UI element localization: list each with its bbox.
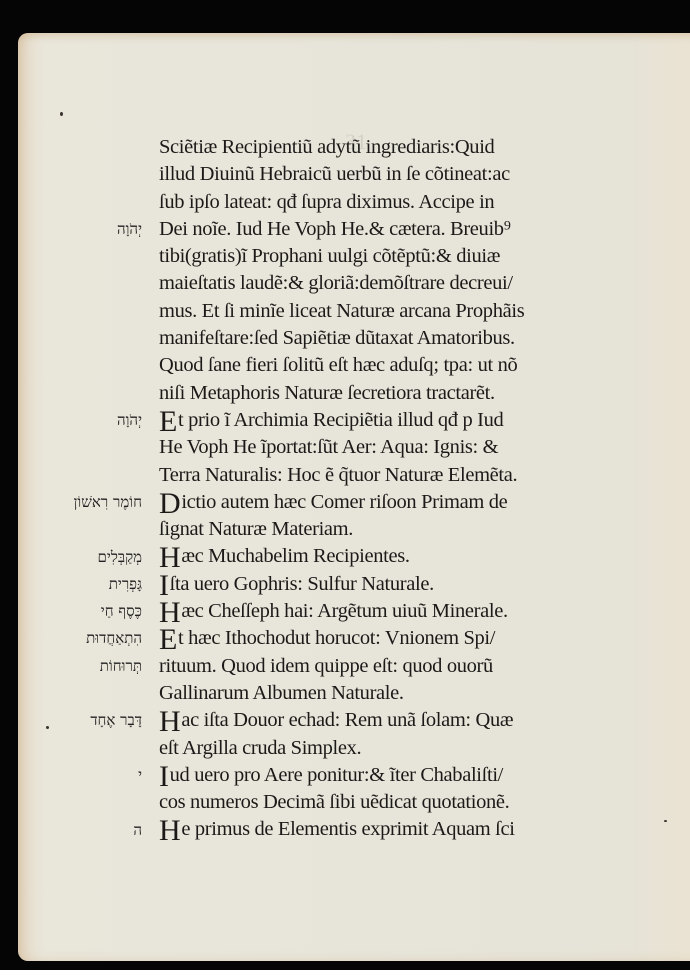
- text-line: niſi Metaphoris Naturæ ſecretiora tracta…: [159, 380, 579, 407]
- line-text: tibi(gratis)ĩ Prophani uulgi cõtẽptũ:& d…: [159, 245, 500, 267]
- line-text: Sciẽtiæ Recipientiũ adytũ ingrediaris:Qu…: [159, 136, 494, 158]
- text-line: ſub ipſo lateat: qđ ſupra diximus. Accip…: [159, 189, 579, 216]
- paper-speck: [664, 820, 667, 822]
- hebrew-gloss: ה: [32, 821, 142, 840]
- hebrew-gloss: תְּרוּחוֹת: [32, 657, 142, 676]
- hebrew-gloss: י: [32, 766, 142, 785]
- line-text: t hæc Ithochodut horucot: Vnionem Spi/: [178, 627, 495, 649]
- line-text: ictio autem hæc Comer riſoon Primam de: [181, 491, 507, 513]
- initial-letter: E: [159, 405, 177, 438]
- initial-letter: E: [159, 623, 177, 656]
- text-line: rituum. Quod idem quippe eſt: quod ouorũ: [159, 653, 579, 680]
- text-line: maieſtatis laudẽ:& gloriã:demõſtrare dec…: [159, 270, 579, 297]
- hebrew-gloss: הִתְאַחֲדוּת: [32, 629, 142, 648]
- line-text: t prio ĩ Archimia Recipiẽtia illud qđ p …: [178, 409, 503, 431]
- line-text: rituum. Quod idem quippe eſt: quod ouorũ: [159, 655, 493, 677]
- hebrew-gloss: גָּפְרִית: [32, 575, 142, 594]
- text-line: manifeſtare:ſed Sapiẽtiæ dũtaxat Amatori…: [159, 325, 579, 352]
- initial-letter: I: [159, 760, 169, 793]
- line-text: eſt Argilla cruda Simplex.: [159, 737, 361, 759]
- text-line: Quod ſane fieri ſolitũ eſt hæc aduſq; tp…: [159, 352, 579, 379]
- hebrew-gloss: מְקַבְּלִים: [32, 548, 142, 567]
- line-text: ſignat Naturæ Materiam.: [159, 518, 353, 540]
- hebrew-gloss: חוֹמֶר רִאשׁוֹן: [32, 493, 142, 512]
- initial-letter: H: [159, 814, 180, 847]
- line-text: Dei noĩe. Iud He Voph He.& cætera. Breui…: [159, 218, 511, 240]
- text-line: ſignat Naturæ Materiam.: [159, 516, 579, 543]
- line-text: Terra Naturalis: Hoc ẽ q̃tuor Naturæ Ele…: [159, 464, 517, 486]
- line-text: ſub ipſo lateat: qđ ſupra diximus. Accip…: [159, 191, 494, 213]
- text-line: mus. Et ſi minĩe liceat Naturæ arcana Pr…: [159, 298, 579, 325]
- text-line: He Voph He ĩportat:ſũt Aer: Aqua: Ignis:…: [159, 434, 579, 461]
- text-line: eſt Argilla cruda Simplex.: [159, 735, 579, 762]
- line-text: He Voph He ĩportat:ſũt Aer: Aqua: Ignis:…: [159, 436, 498, 458]
- line-text: æc Cheſſeph hai: Argẽtum uiuũ Minerale.: [181, 600, 507, 622]
- text-line: Et hæc Ithochodut horucot: Vnionem Spi/: [159, 625, 579, 652]
- line-text: cos numeros Decimã ſibi uẽdicat quotatio…: [159, 791, 509, 813]
- line-text: Gallinarum Albumen Naturale.: [159, 682, 404, 704]
- text-line: Terra Naturalis: Hoc ẽ q̃tuor Naturæ Ele…: [159, 462, 579, 489]
- hebrew-gloss: יְהֹוָה: [32, 220, 142, 239]
- line-text: ud uero pro Aere ponitur:& ĩter Chabaliſ…: [170, 764, 503, 786]
- paper-speck: [60, 112, 63, 116]
- line-text: illud Diuinũ Hebraicũ uerbũ in ſe cõtine…: [159, 163, 510, 185]
- text-line: cos numeros Decimã ſibi uẽdicat quotatio…: [159, 789, 579, 816]
- line-text: æc Muchabelim Recipientes.: [181, 545, 409, 567]
- hebrew-gloss: יְהֹוָה: [32, 411, 142, 430]
- text-line: illud Diuinũ Hebraicũ uerbũ in ſe cõtine…: [159, 161, 579, 188]
- hebrew-gloss: כֶּסֶף חַי: [32, 602, 142, 621]
- text-line: Sciẽtiæ Recipientiũ adytũ ingrediaris:Qu…: [159, 134, 579, 161]
- text-line: Iſta uero Gophris: Sulfur Naturale.: [159, 571, 579, 598]
- initial-letter: H: [159, 705, 180, 738]
- line-text: e primus de Elementis exprimit Aquam ſci: [181, 818, 514, 840]
- text-line: Et prio ĩ Archimia Recipiẽtia illud qđ p…: [159, 407, 579, 434]
- text-line: He primus de Elementis exprimit Aquam ſc…: [159, 816, 579, 843]
- line-text: manifeſtare:ſed Sapiẽtiæ dũtaxat Amatori…: [159, 327, 515, 349]
- line-text: ac iſta Douor echad: Rem unã ſolam: Quæ: [181, 709, 513, 731]
- main-text-block: Sciẽtiæ Recipientiũ adytũ ingrediaris:Qu…: [159, 134, 579, 844]
- line-text: maieſtatis laudẽ:& gloriã:demõſtrare dec…: [159, 272, 513, 294]
- line-text: ſta uero Gophris: Sulfur Naturale.: [170, 573, 434, 595]
- text-line: Hæc Cheſſeph hai: Argẽtum uiuũ Minerale.: [159, 598, 579, 625]
- text-line: Dictio autem hæc Comer riſoon Primam de: [159, 489, 579, 516]
- text-line: tibi(gratis)ĩ Prophani uulgi cõtẽptũ:& d…: [159, 243, 579, 270]
- text-line: Dei noĩe. Iud He Voph He.& cætera. Breui…: [159, 216, 579, 243]
- text-line: Gallinarum Albumen Naturale.: [159, 680, 579, 707]
- text-line: Hac iſta Douor echad: Rem unã ſolam: Quæ: [159, 707, 579, 734]
- initial-letter: D: [159, 487, 180, 520]
- line-text: mus. Et ſi minĩe liceat Naturæ arcana Pr…: [159, 300, 524, 322]
- text-line: Hæc Muchabelim Recipientes.: [159, 543, 579, 570]
- line-text: niſi Metaphoris Naturæ ſecretiora tracta…: [159, 382, 495, 404]
- text-line: Iud uero pro Aere ponitur:& ĩter Chabali…: [159, 762, 579, 789]
- paper-speck: [46, 726, 49, 729]
- line-text: Quod ſane fieri ſolitũ eſt hæc aduſq; tp…: [159, 354, 517, 376]
